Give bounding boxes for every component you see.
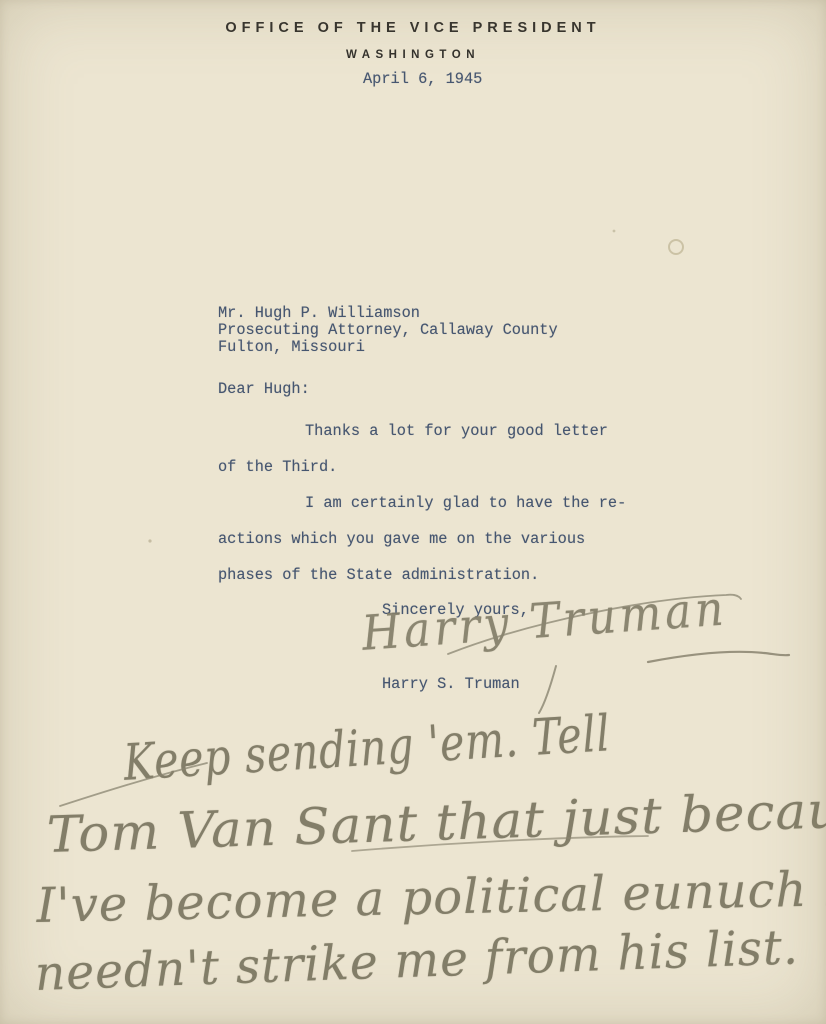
signature-descender-stroke xyxy=(539,666,556,713)
signature-tail-flourish xyxy=(648,652,789,662)
typed-signature-name: Harry S. Truman xyxy=(382,675,520,693)
body-line: of the Third. xyxy=(218,458,337,476)
body-line: Thanks a lot for your good letter xyxy=(305,422,608,440)
letter-page: OFFICE OF THE VICE PRESIDENT WASHINGTON … xyxy=(0,0,826,1024)
salutation: Dear Hugh: xyxy=(218,380,310,398)
body-line: actions which you gave me on the various xyxy=(218,530,585,548)
postscript-line: Keep sending 'em. Tell xyxy=(122,704,612,792)
recipient-name: Mr. Hugh P. Williamson xyxy=(218,304,420,322)
handwritten-signature: Harry Truman xyxy=(360,580,729,661)
postscript-line: needn't strike me from his list. xyxy=(34,919,800,1002)
recipient-city: Fulton, Missouri xyxy=(218,338,365,356)
postscript-line: Tom Van Sant that just because xyxy=(46,779,826,864)
body-line: phases of the State administration. xyxy=(218,566,539,584)
recipient-title: Prosecuting Attorney, Callaway County xyxy=(218,321,558,339)
letter-date: April 6, 1945 xyxy=(363,70,482,88)
paper-speck xyxy=(148,539,151,542)
paper-speck xyxy=(613,230,616,233)
letterhead-city: WASHINGTON xyxy=(0,49,826,61)
stain-ring xyxy=(669,240,683,254)
body-line: I am certainly glad to have the re- xyxy=(305,494,626,512)
letterhead-office: OFFICE OF THE VICE PRESIDENT xyxy=(0,20,826,36)
